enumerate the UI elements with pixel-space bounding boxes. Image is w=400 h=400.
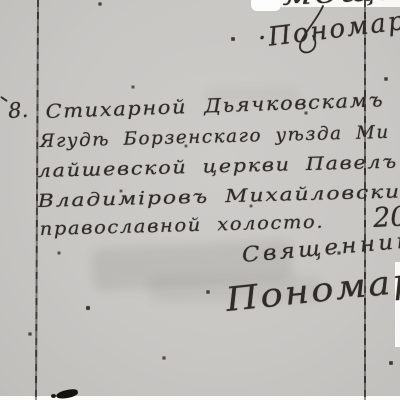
entry-text-line: лайшевской церкви Павелъ (37, 152, 398, 182)
margin-entry-number: 8. (7, 98, 29, 123)
entry-text-line: Стихарной Дьячковскамъ (45, 89, 384, 123)
scanned-register-page: мощникъ ·Пономарь 8. Стихарной Дьячковск… (0, 0, 400, 400)
entry-text-line: Ягудѣ Борзенскаго уѣзда Ми (39, 122, 390, 152)
entry-text-line: православной холосто. (39, 212, 324, 240)
ink-blot-dot (51, 394, 56, 398)
entry-text-line: Владиміровъ Михайловски (37, 181, 400, 212)
paper-speckles (0, 0, 2, 2)
